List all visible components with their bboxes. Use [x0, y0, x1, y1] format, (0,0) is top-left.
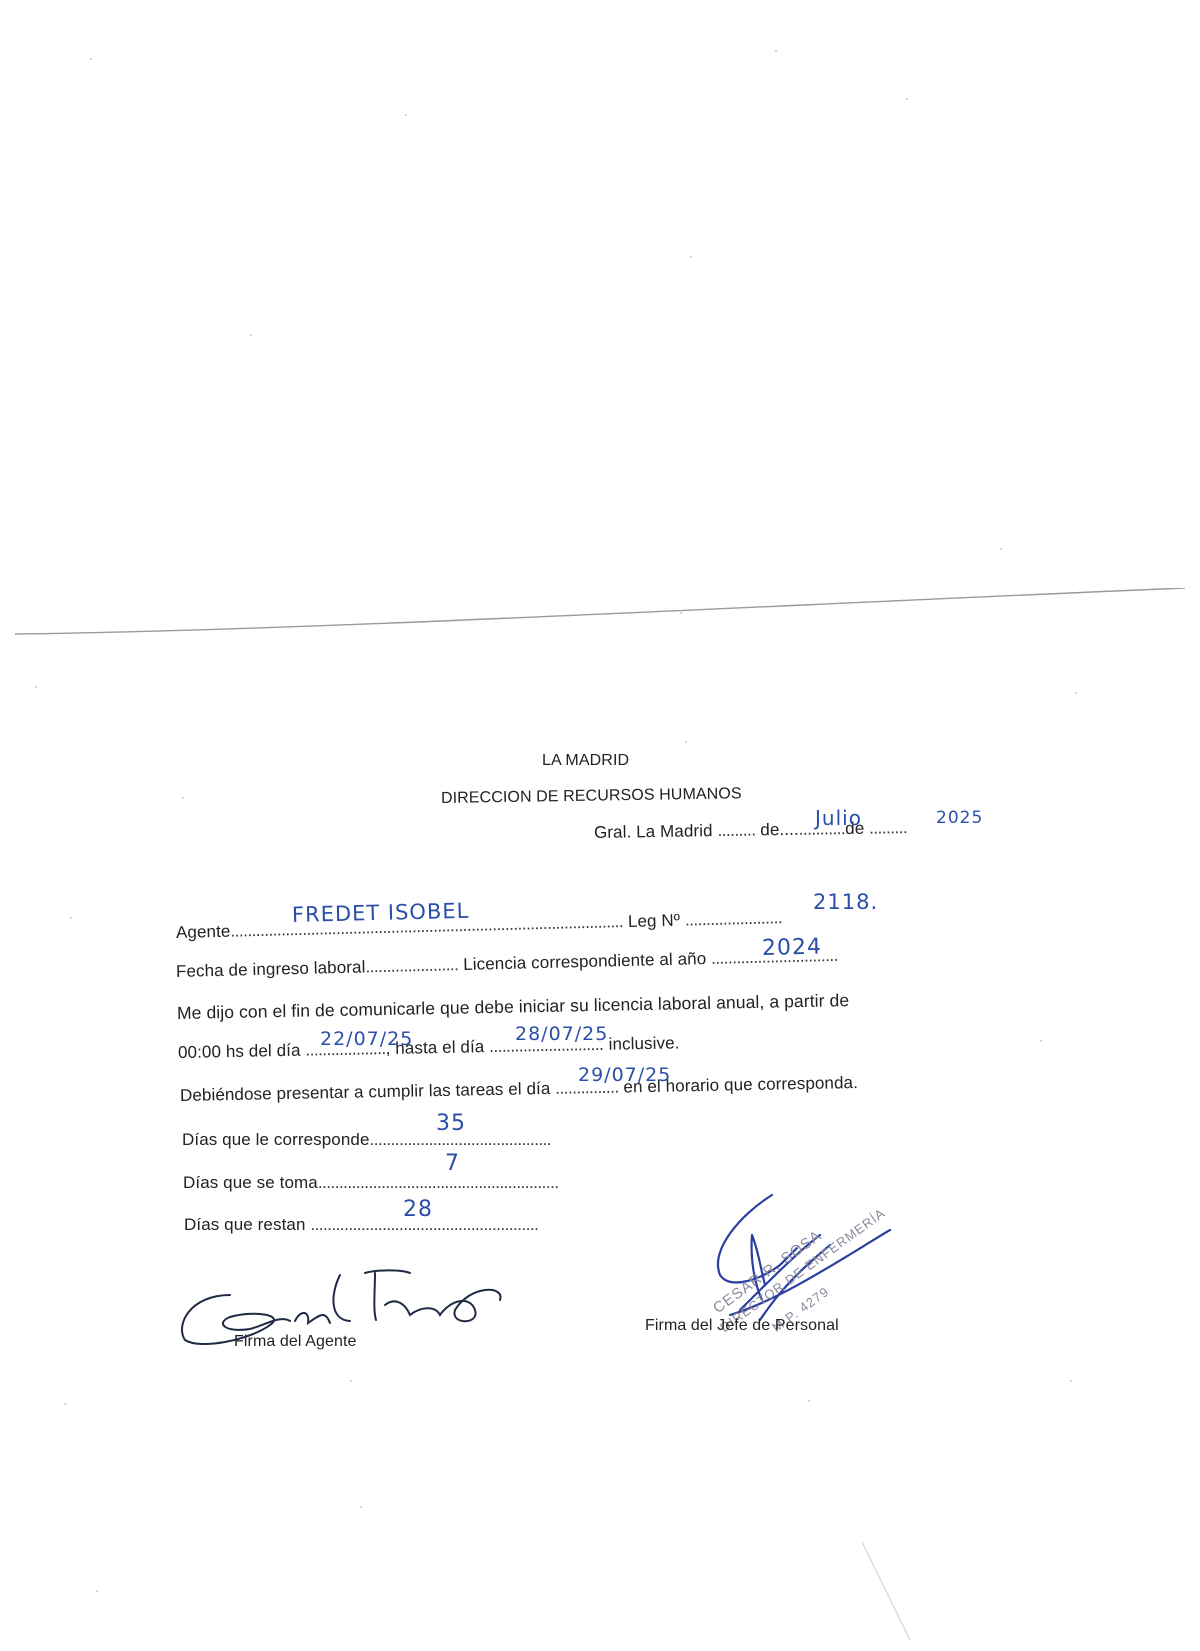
desde-label: 00:00 hs del día	[178, 1041, 301, 1062]
paper-cut-line	[15, 588, 1185, 668]
corresponde-label: Días que le corresponde	[182, 1130, 370, 1149]
corresponde-line: Días que le corresponde.................…	[182, 1130, 551, 1150]
agente-name-handwritten[interactable]: FREDET ISOBEL	[292, 899, 470, 927]
toma-label: Días que se toma	[183, 1173, 318, 1192]
restan-value-handwritten[interactable]: 28	[403, 1197, 433, 1222]
presentar-label: Debiéndose presentar a cumplir las tarea…	[180, 1079, 551, 1105]
scan-speck	[685, 741, 687, 743]
desde-date-handwritten[interactable]: 22/07/25	[320, 1028, 413, 1050]
scan-speck	[1070, 1380, 1072, 1382]
ingreso-label: Fecha de ingreso laboral	[176, 957, 366, 981]
scan-speck	[35, 686, 37, 688]
leg-number-handwritten[interactable]: 2118.	[813, 890, 878, 914]
scan-speck	[1040, 1040, 1042, 1042]
restan-line: Días que restan ........................…	[184, 1215, 538, 1235]
licencia-year-handwritten[interactable]: 2024	[762, 935, 823, 961]
corresponde-value-handwritten[interactable]: 35	[436, 1111, 466, 1136]
restan-label: Días que restan	[184, 1215, 306, 1234]
scan-speck	[360, 1506, 362, 1508]
scan-speck	[96, 1590, 98, 1592]
scan-speck	[690, 256, 692, 258]
licencia-label: Licencia correspondiente al año	[463, 949, 707, 974]
toma-value-handwritten[interactable]: 7	[445, 1151, 460, 1176]
header-city: LA MADRID	[542, 752, 629, 770]
scan-speck	[70, 917, 72, 919]
scan-speck	[350, 1380, 352, 1382]
date-year-handwritten[interactable]: 2025	[936, 808, 983, 828]
leg-label: Leg Nº	[628, 911, 681, 931]
inclusive-label: . inclusive.	[599, 1033, 680, 1054]
scan-speck	[64, 1403, 66, 1405]
agente-label: Agente	[176, 922, 231, 942]
scan-speck	[182, 797, 184, 799]
body-text: Me dijo con el fin de comunicarle que de…	[177, 990, 850, 1024]
toma-line: Días que se toma........................…	[183, 1173, 559, 1193]
presentar-line: Debiéndose presentar a cumplir las tarea…	[180, 1073, 858, 1106]
header-department: DIRECCION DE RECURSOS HUMANOS	[441, 785, 742, 808]
ingreso-line: Fecha de ingreso laboral................…	[176, 946, 838, 982]
paper-edge-mark	[860, 1540, 920, 1650]
date-place: Gral. La Madrid	[594, 821, 713, 842]
scan-speck	[680, 612, 682, 614]
date-month-handwritten[interactable]: Julio	[815, 806, 862, 830]
chief-signature-label: Firma del Jefe de Personal	[645, 1317, 839, 1335]
scanned-document-page: { "header": { "line1": "LA MADRID", "lin…	[0, 0, 1200, 1651]
scan-speck	[405, 114, 407, 116]
scan-speck	[90, 58, 92, 60]
hasta-date-handwritten[interactable]: 28/07/25	[515, 1023, 608, 1045]
scan-speck	[1075, 692, 1077, 694]
scan-speck	[906, 98, 908, 100]
agente-line: Agente..................................…	[176, 908, 783, 943]
agent-signature-label: Firma del Agente	[234, 1333, 357, 1351]
scan-speck	[1000, 548, 1002, 550]
scan-speck	[775, 50, 777, 52]
presentar-date-handwritten[interactable]: 29/07/25	[578, 1064, 671, 1086]
scan-speck	[250, 334, 252, 336]
scan-speck	[808, 1400, 810, 1402]
